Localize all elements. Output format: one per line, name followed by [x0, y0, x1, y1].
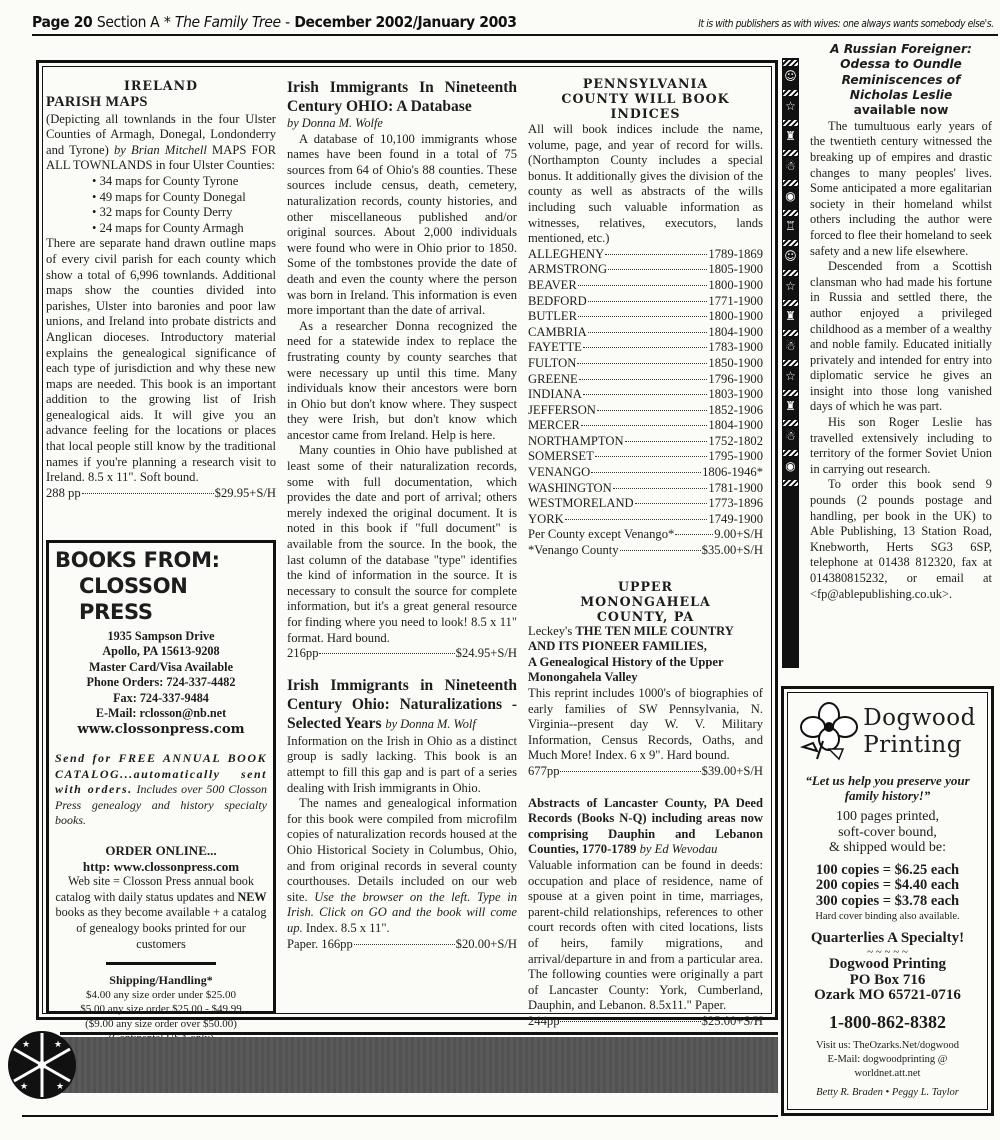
bell-icon: ♜ [785, 398, 796, 416]
page-number: Page 20 [32, 13, 92, 31]
ohio-database-title: Irish Immigrants In Nineteenth Century O… [287, 78, 517, 116]
list-item: 24 maps for County Armagh [92, 221, 276, 237]
price: $29.95+S/H [215, 486, 276, 502]
dogwood-description: 100 pages printed, soft-cover bound, & s… [792, 809, 983, 856]
snowman-icon: ☃ [785, 158, 796, 176]
ornament-icon: ◉ [785, 458, 795, 476]
monongahela-title: Leckey's THE TEN MILE COUNTRY AND ITS PI… [528, 624, 763, 686]
list-item: SOMERSET1795-1900 [528, 449, 763, 465]
catalog-offer: Send for FREE ANNUAL BOOK CATALOG...auto… [55, 751, 267, 829]
divider [60, 1032, 778, 1035]
page-header: Page 20 Section A * The Family Tree - De… [32, 10, 998, 36]
email-link[interactable]: E-Mail: dogwoodprinting @ [792, 1053, 983, 1067]
paragraph: Information on the Irish in Ohio as a di… [287, 734, 517, 796]
ohio-naturalizations-title: Irish Immigrants in Nineteenth Century O… [287, 676, 517, 734]
author-byline: by Donna M. Wolfe [287, 116, 517, 132]
price-line: 288 pp$29.95+S/H [46, 486, 276, 502]
books-from-heading: BOOKS FROM: [55, 547, 267, 573]
availability-label: available now [810, 103, 992, 119]
website-link[interactable]: Visit us: TheOzarks.Net/dogwood [792, 1039, 983, 1053]
snowman-icon: ☃ [785, 338, 796, 356]
dogwood-prices: 100 copies = $6.25 each 200 copies = $4.… [792, 863, 983, 910]
list-item: WASHINGTON1781-1900 [528, 481, 763, 497]
list-item: NORTHAMPTON1752-1802 [528, 434, 763, 450]
column-pennsylvania: PENNSYLVANIA COUNTY WILL BOOK INDICES Al… [528, 72, 763, 1029]
price-line: 244pp$25.00+S/H [528, 1014, 763, 1030]
separator-star: * [164, 13, 171, 31]
monongahela-heading: UPPER MONONGAHELA COUNTY, PA [528, 579, 763, 624]
parish-maps-body: There are separate hand drawn outline ma… [46, 236, 276, 486]
list-item: GREENE1796-1900 [528, 372, 763, 388]
specialty-label: Quarterlies A Specialty! [792, 930, 983, 947]
lantern-icon: ♖ [785, 218, 796, 236]
hardcover-note: Hard cover binding also available. [792, 911, 983, 922]
dogwood-owners: Betty R. Braden • Peggy L. Taylor [792, 1087, 983, 1098]
dogwood-tagline: “Let us help you preserve your family hi… [792, 773, 983, 803]
ornament-icon: ◉ [785, 188, 795, 206]
list-item: FAYETTE1783-1900 [528, 340, 763, 356]
list-item: 34 maps for County Tyrone [92, 174, 276, 190]
svg-text:★: ★ [22, 1040, 30, 1050]
page-header-title: Page 20 Section A * The Family Tree - De… [32, 13, 517, 31]
list-item: ARMSTRONG1805-1900 [528, 262, 763, 278]
price-line: 677pp$39.00+S/H [528, 764, 763, 780]
santa-icon: ☺ [784, 248, 797, 266]
email-link[interactable]: E-Mail: rclosson@nb.net [55, 706, 267, 721]
paragraph: The names and genealogical information f… [287, 796, 517, 936]
star-icon: ☆ [785, 98, 796, 116]
price-line: Per County except Venango*9.00+S/H [528, 527, 763, 543]
dogwood-printing-ad: Dogwood Printing “Let us help you preser… [781, 686, 994, 1116]
paragraph: Many counties in Ohio have published at … [287, 443, 517, 646]
list-item: CAMBRIA1804-1900 [528, 325, 763, 341]
list-item: MERCER1804-1900 [528, 418, 763, 434]
paragraph: Valuable information can be found in dee… [528, 858, 763, 1014]
closson-press-ad: BOOKS FROM: CLOSSON PRESS 1935 Sampson D… [46, 540, 276, 1014]
paragraph: To order this book send 9 pounds (2 poun… [810, 477, 992, 602]
lancaster-title: Abstracts of Lancaster County, PA Deed R… [528, 796, 763, 858]
dogwood-logo: Dogwood Printing [792, 699, 983, 765]
dogwood-flower-icon [799, 701, 859, 763]
paragraph: A database of 10,100 immigrants whose na… [287, 132, 517, 319]
list-item: 49 maps for County Donegal [92, 190, 276, 206]
star-icon: ☆ [785, 278, 796, 296]
price-line: 216pp$24.95+S/H [287, 646, 517, 662]
parish-maps-intro: (Depicting all townlands in the four Uls… [46, 112, 276, 174]
closson-address: 1935 Sampson Drive Apollo, PA 15613-9208… [55, 629, 267, 721]
website-link[interactable]: www.clossonpress.com [55, 722, 267, 737]
column-ohio: Irish Immigrants In Nineteenth Century O… [287, 72, 517, 952]
price-line: Paper. 166pp$20.00+S/H [287, 937, 517, 953]
svg-text:★: ★ [56, 1082, 64, 1092]
dogwood-name: Dogwood Printing [863, 705, 976, 759]
paragraph: His son Roger Leslie has travelled exten… [810, 415, 992, 477]
closson-press-heading: CLOSSON PRESS [55, 573, 267, 625]
ireland-heading: IRELAND [46, 78, 276, 93]
author-byline: by Brian Mitchell [114, 143, 207, 157]
publication-name: The Family Tree [175, 13, 281, 31]
star-icon: ☆ [785, 368, 796, 386]
list-item: INDIANA1803-1900 [528, 387, 763, 403]
paragraph: All will book indices include the name, … [528, 122, 763, 247]
list-item: WESTMORELAND1773-1896 [528, 496, 763, 512]
bell-icon: ♜ [785, 128, 796, 146]
paragraph: Descended from a Scottish clansman who h… [810, 259, 992, 415]
list-item: BEDFORD1771-1900 [528, 294, 763, 310]
dogwood-contact: Visit us: TheOzarks.Net/dogwood E-Mail: … [792, 1039, 983, 1081]
price-line: *Venango County$35.00+S/H [528, 543, 763, 559]
list-item: JEFFERSON1852-1906 [528, 403, 763, 419]
header-quote: It is with publishers as with wives: one… [699, 18, 994, 30]
bell-icon: ♜ [785, 308, 796, 326]
divider [22, 1115, 778, 1117]
list-item: 32 maps for County Derry [92, 205, 276, 221]
county-list: ALLEGHENY1789-1869 ARMSTRONG1805-1900 BE… [528, 247, 763, 528]
santa-icon: ☺ [784, 68, 797, 86]
pa-wills-heading: PENNSYLVANIA COUNTY WILL BOOK INDICES [528, 76, 763, 121]
parish-maps-title: PARISH MAPS [46, 95, 276, 111]
snowflake-icon: ★ ★ ★ ★ [2, 1020, 82, 1110]
list-item: FULTON1850-1900 [528, 356, 763, 372]
article-title: A Russian Foreigner: Odessa to Oundle Re… [810, 42, 992, 103]
svg-text:★: ★ [54, 1040, 62, 1050]
list-item: ALLEGHENY1789-1869 [528, 247, 763, 263]
list-item: BEAVER1800-1900 [528, 278, 763, 294]
divider [106, 962, 216, 965]
column-ireland: IRELAND PARISH MAPS (Depicting all townl… [46, 72, 276, 501]
russian-foreigner-article: A Russian Foreigner: Odessa to Oundle Re… [810, 42, 992, 602]
separator-dash: - [285, 13, 290, 31]
paragraph: As a researcher Donna recognized the nee… [287, 319, 517, 444]
list-item: BUTLER1800-1900 [528, 309, 763, 325]
issue-date: December 2002/January 2003 [294, 13, 516, 31]
map-counts-list: 34 maps for County Tyrone 49 maps for Co… [46, 174, 276, 236]
order-online: ORDER ONLINE... http: www.clossonpress.c… [55, 843, 267, 952]
section-label: Section A [97, 13, 159, 31]
dogwood-address: Dogwood Printing PO Box 716 Ozark MO 657… [792, 957, 983, 1004]
dogwood-phone: 1-800-862-8382 [792, 1012, 983, 1033]
paragraph: The tumultuous early years of the twenti… [810, 119, 992, 259]
svg-text:★: ★ [20, 1082, 28, 1092]
snowman-icon: ☃ [785, 428, 796, 446]
holiday-border-strip: ☺ ☆ ♜ ☃ ◉ ♖ ☺ ☆ ♜ ☃ ☆ ♜ ☃ ◉ [782, 58, 799, 668]
list-item: VENANGO1806-1946* [528, 465, 763, 481]
paragraph: This reprint includes 1000's of biograph… [528, 686, 763, 764]
page-count: 288 pp [46, 486, 81, 502]
order-url-link[interactable]: http: www.clossonpress.com [55, 859, 267, 875]
bottom-banner [60, 1037, 778, 1093]
list-item: YORK1749-1900 [528, 512, 763, 528]
